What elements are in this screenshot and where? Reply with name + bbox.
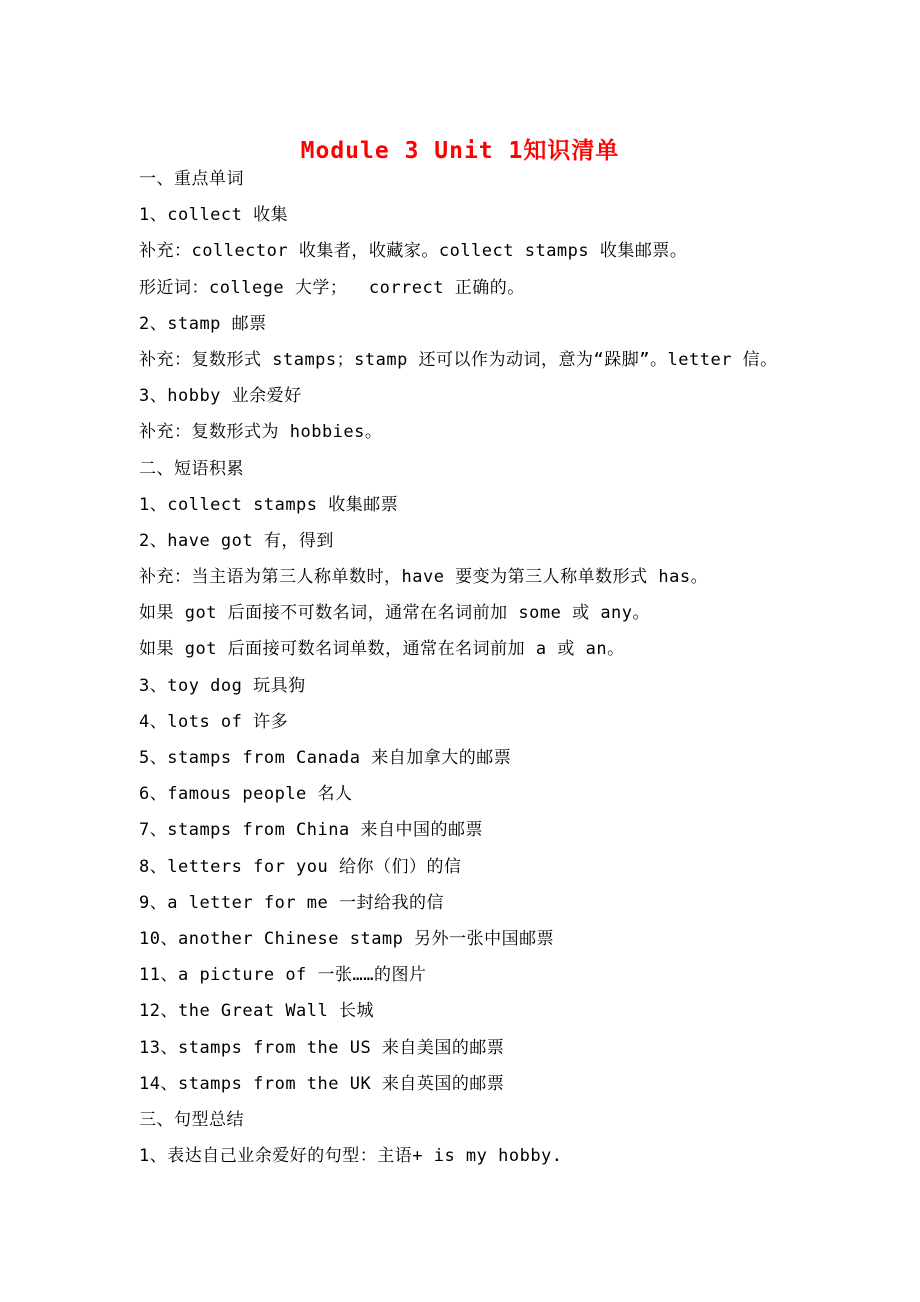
document-line: 6、famous people 名人 [139, 783, 860, 819]
document-line: 9、a letter for me 一封给我的信 [139, 892, 860, 928]
document-line: 如果 got 后面接可数名词单数，通常在名词前加 a 或 an。 [139, 638, 860, 674]
document-line: 12、the Great Wall 长城 [139, 1000, 860, 1036]
document-line: 14、stamps from the UK 来自英国的邮票 [139, 1073, 860, 1109]
document-line: 形近词：college 大学； correct 正确的。 [139, 277, 860, 313]
document-line: 13、stamps from the US 来自美国的邮票 [139, 1037, 860, 1073]
section-heading: 一、重点单词 [139, 168, 860, 204]
document-line: 2、stamp 邮票 [139, 313, 860, 349]
document-line: 4、lots of 许多 [139, 711, 860, 747]
document-line: 3、toy dog 玩具狗 [139, 675, 860, 711]
document-line: 1、collect stamps 收集邮票 [139, 494, 860, 530]
document-line: 5、stamps from Canada 来自加拿大的邮票 [139, 747, 860, 783]
document-line: 补充：复数形式 stamps；stamp 还可以作为动词，意为“跺脚”。lett… [139, 349, 860, 385]
document-line: 如果 got 后面接不可数名词，通常在名词前加 some 或 any。 [139, 602, 860, 638]
document-line: 1、collect 收集 [139, 204, 860, 240]
document-line: 7、stamps from China 来自中国的邮票 [139, 819, 860, 855]
document-line: 10、another Chinese stamp 另外一张中国邮票 [139, 928, 860, 964]
document-body: 一、重点单词1、collect 收集补充：collector 收集者，收藏家。c… [139, 168, 860, 1181]
document-line: 11、a picture of 一张……的图片 [139, 964, 860, 1000]
document-line: 3、hobby 业余爱好 [139, 385, 860, 421]
document-line: 8、letters for you 给你（们）的信 [139, 856, 860, 892]
document-page: Module 3 Unit 1知识清单 一、重点单词1、collect 收集补充… [0, 0, 920, 1302]
document-line: 补充：collector 收集者，收藏家。collect stamps 收集邮票… [139, 240, 860, 276]
document-line: 补充：当主语为第三人称单数时，have 要变为第三人称单数形式 has。 [139, 566, 860, 602]
section-heading: 三、句型总结 [139, 1109, 860, 1145]
section-heading: 二、短语积累 [139, 458, 860, 494]
page-title: Module 3 Unit 1知识清单 [0, 136, 920, 166]
document-line: 1、表达自己业余爱好的句型：主语+ is my hobby. [139, 1145, 860, 1181]
document-line: 2、have got 有，得到 [139, 530, 860, 566]
document-line: 补充：复数形式为 hobbies。 [139, 421, 860, 457]
